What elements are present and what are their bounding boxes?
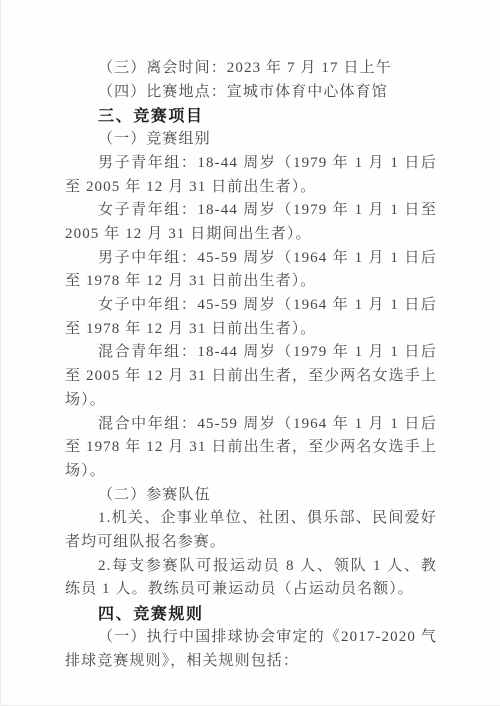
document-content: （三）离会时间：2023 年 7 月 17 日上午 （四）比赛地点：宣城市体育中… [65, 57, 437, 673]
para-mixed-youth-group: 混合青年组：18-44 周岁（1979 年 1 月 1 日后至 2005 年 1… [65, 341, 437, 412]
para-departure-time: （三）离会时间：2023 年 7 月 17 日上午 [65, 57, 437, 81]
document-page: （三）离会时间：2023 年 7 月 17 日上午 （四）比赛地点：宣城市体育中… [0, 0, 500, 706]
para-mens-middle-group: 男子中年组：45-59 周岁（1964 年 1 月 1 日后至 1978 年 1… [65, 247, 437, 294]
para-womens-middle-group: 女子中年组：45-59 周岁（1964 年 1 月 1 日后至 1978 年 1… [65, 294, 437, 341]
para-womens-youth-group: 女子青年组：18-44 周岁（1979 年 1 月 1 日至 2005 年 12… [65, 199, 437, 246]
para-teams-rule-1: 1.机关、企事业单位、社团、俱乐部、民间爱好者均可组队报名参赛。 [65, 507, 437, 554]
para-teams-rule-2: 2.每支参赛队可报运动员 8 人、领队 1 人、教练员 1 人。教练员可兼运动员… [65, 555, 437, 602]
heading-competition-rules: 四、竞赛规则 [65, 602, 437, 626]
para-mens-youth-group: 男子青年组：18-44 周岁（1979 年 1 月 1 日后至 2005 年 1… [65, 152, 437, 199]
para-venue: （四）比赛地点：宣城市体育中心体育馆 [65, 81, 437, 105]
heading-competition-events: 三、竞赛项目 [65, 104, 437, 128]
para-subheading-teams: （二）参赛队伍 [65, 484, 437, 508]
para-rules-intro: （一）执行中国排球协会审定的《2017-2020 气排球竞赛规则》，相关规则包括… [65, 626, 437, 673]
para-mixed-middle-group: 混合中年组：45-59 周岁（1964 年 1 月 1 日后至 1978 年 1… [65, 413, 437, 484]
para-subheading-groups: （一）竞赛组别 [65, 128, 437, 152]
